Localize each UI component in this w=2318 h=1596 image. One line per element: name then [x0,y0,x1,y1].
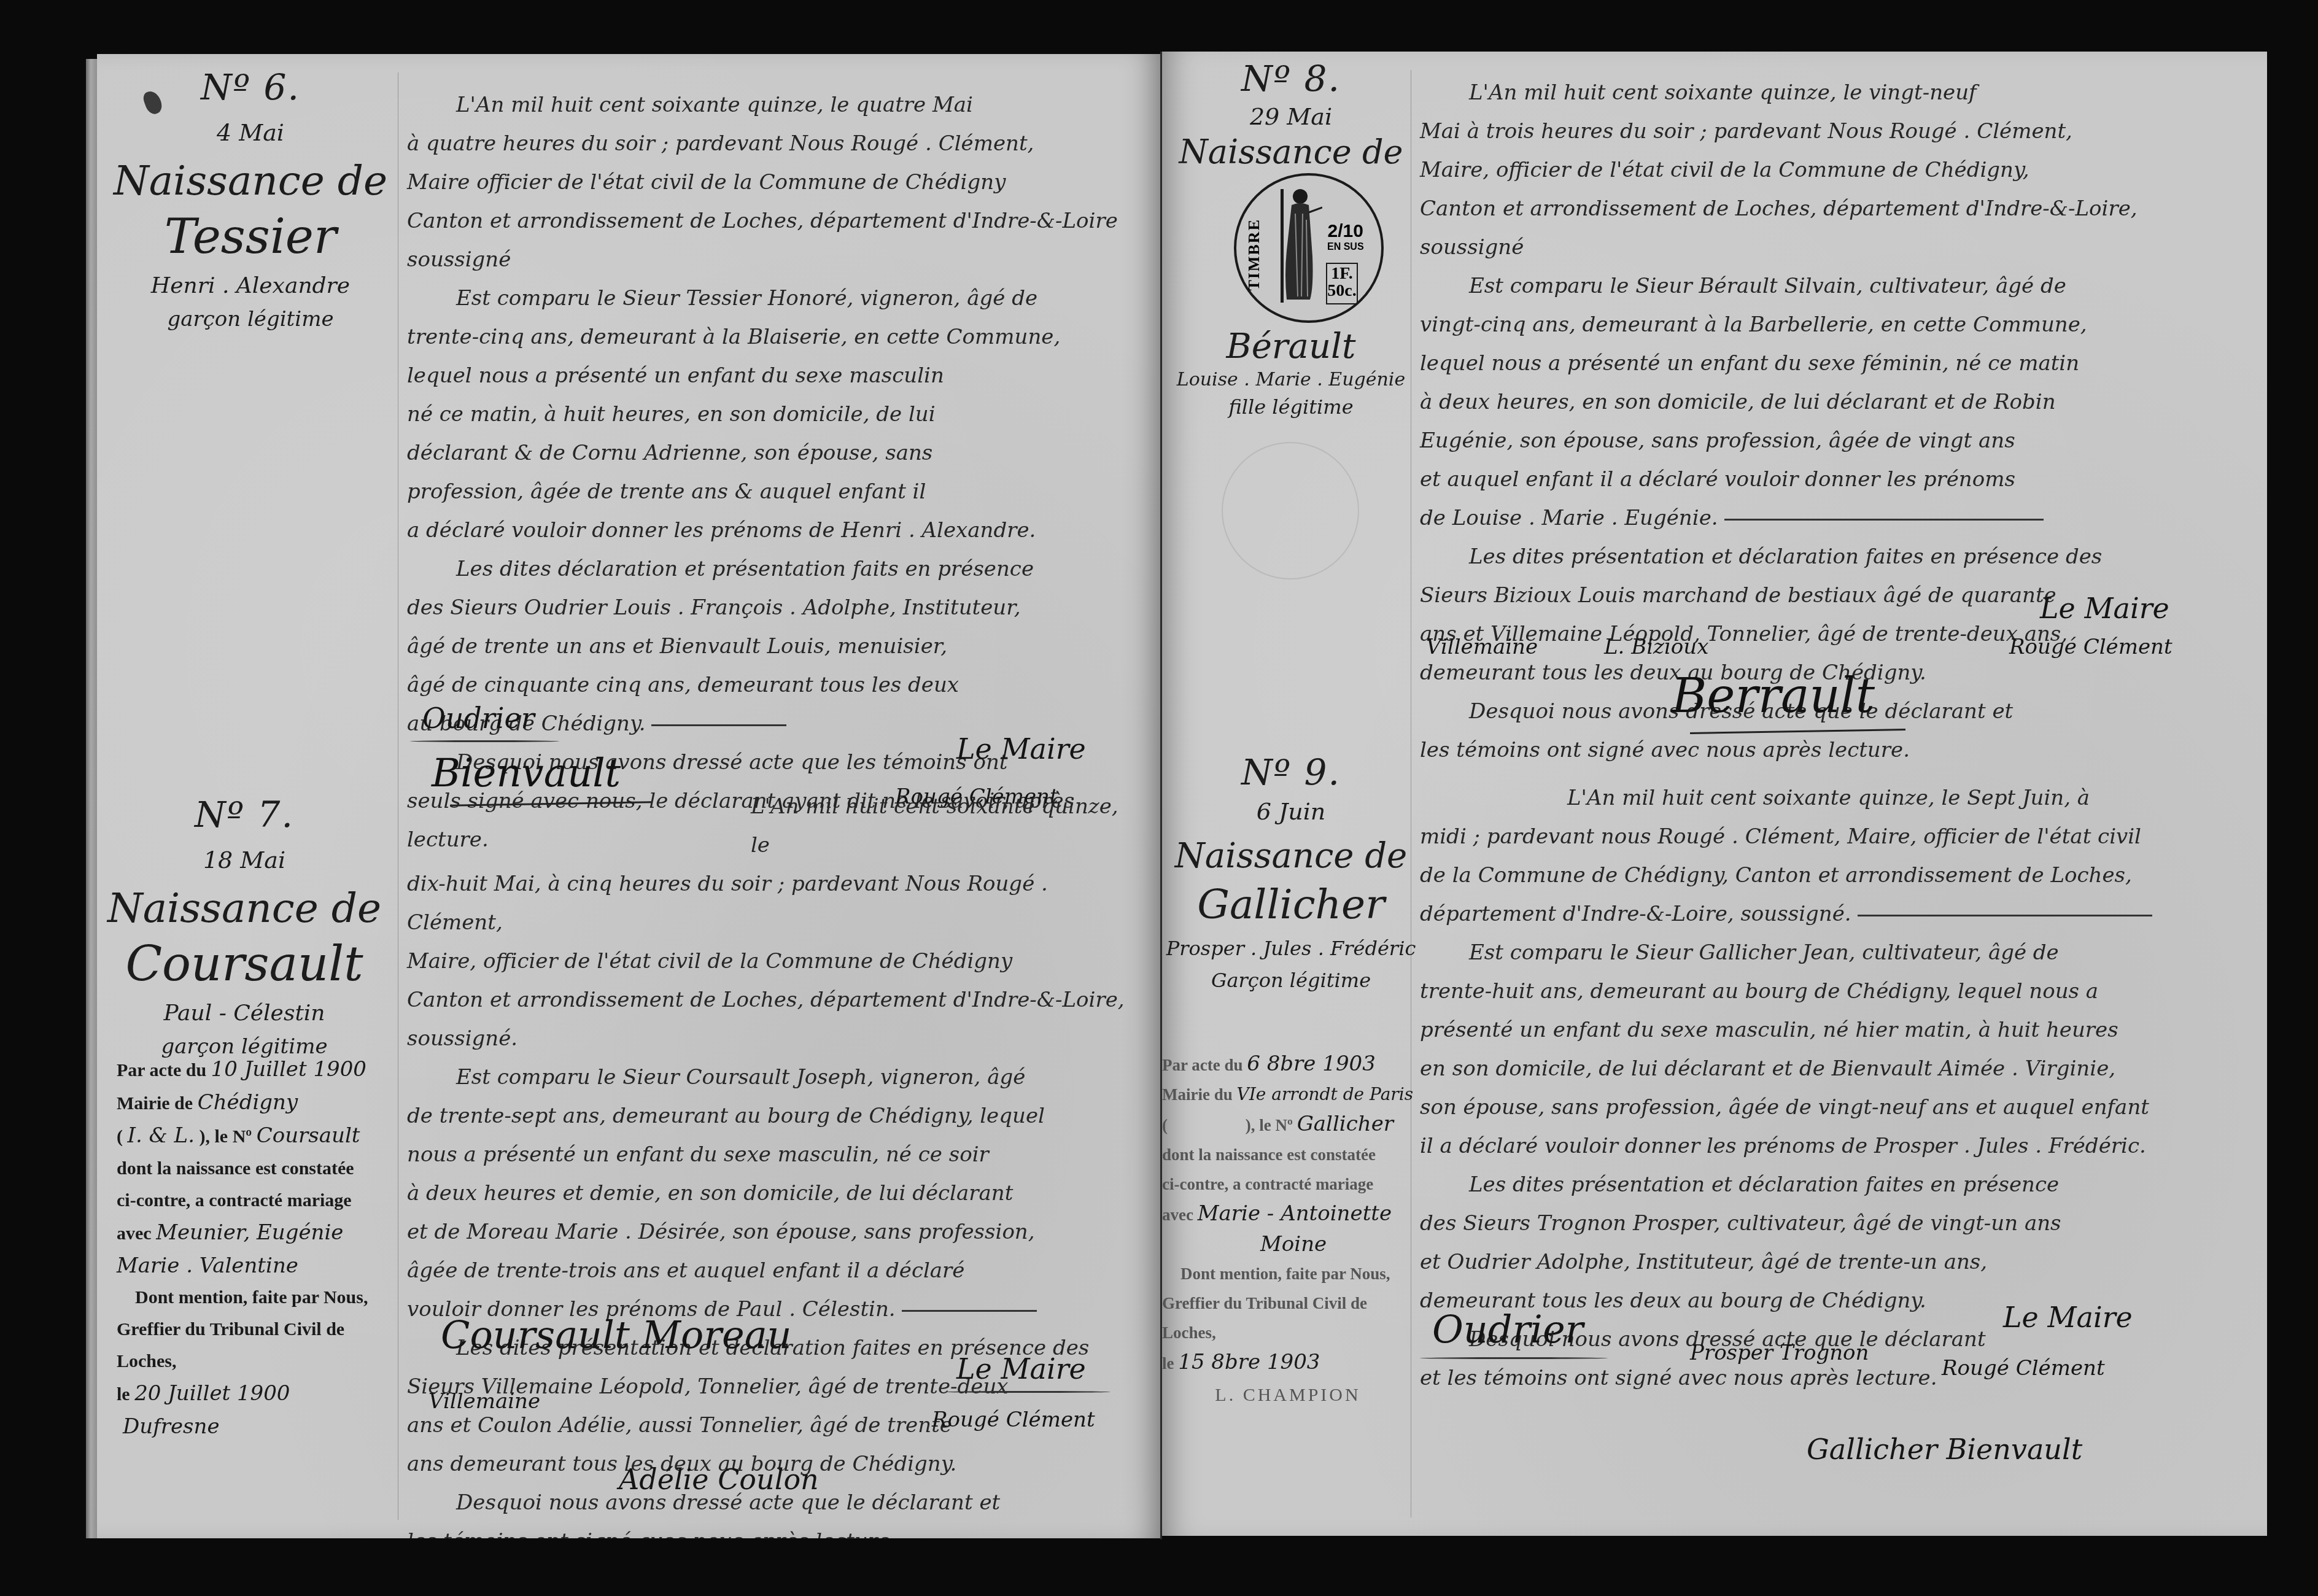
act-line: à quatre heures du soir ; pardevant Nous… [407,125,1144,163]
act-line: présenté un enfant du sexe masculin, né … [1420,1011,2242,1050]
act-line: et de Moreau Marie . Désirée, son épouse… [407,1213,1144,1252]
mention-line: dont la naissance est constatée [117,1153,387,1185]
act-line: Est comparu le Sieur Coursault Joseph, v… [407,1058,1144,1097]
act-line: âgé de cinquante cinq ans, demeurant tou… [407,666,1144,705]
entry-surname: Bérault [1162,327,1420,366]
mention-commune: Chédigny [198,1090,298,1115]
act-line: né ce matin, à huit heures, en son domic… [407,395,1144,434]
act-line: a déclaré vouloir donner les prénoms de … [407,511,1144,550]
mention-label: Par acte du [1162,1056,1242,1074]
left-page: Nº 6. 4 Mai Naissance de Tessier Henri .… [97,54,1162,1538]
entry-status: Garçon légitime [1162,969,1420,992]
mention-bracket: ( [117,1126,123,1147]
mention-bracket: ( [1162,1116,1168,1134]
mention-department: I. & L. [128,1123,195,1148]
mayor-title: Le Maire [2003,1301,2133,1334]
mention-label: avec [117,1223,152,1244]
stamp-surcharge: 2/10 EN SUS [1327,223,1364,255]
greffier-stamp: L. CHAMPION [1162,1381,1414,1410]
mention-line: Greffier du Tribunal Civil de Loches, [1162,1288,1414,1347]
mention-date: 6 8bre 1903 [1247,1052,1376,1076]
margin-rule [398,72,398,1520]
mention-label: ), le Nº [200,1126,252,1147]
stamp-value: 1F. 50c. [1326,263,1358,304]
act-line: département d'Indre-&-Loire, soussigné. [1420,902,1851,926]
signature-witness: Villemaine [1426,635,1538,659]
justice-figure-icon [1273,183,1322,306]
act-line: Est comparu le Sieur Tessier Honoré, vig… [407,279,1144,318]
mention-line: Dont mention, faite par Nous, [117,1282,387,1314]
entry-number: Nº 7. [103,794,386,835]
entry-header-6: Nº 6. 4 Mai Naissance de Tessier Henri .… [109,66,392,331]
entry-given-names: Paul - Célestin [103,1001,386,1026]
entry-date: 18 Mai [103,846,386,874]
act-line: Canton et arrondissement de Loches, dépa… [407,981,1144,1058]
act-line: lequel nous a présenté un enfant du sexe… [1420,344,2242,383]
stamp-surcharge-label: EN SUS [1327,239,1364,255]
line-filler-rule [1724,519,2044,521]
entry-date: 4 Mai [109,119,392,146]
entry-surname: Tessier [109,209,392,265]
entry-status: garçon légitime [109,307,392,331]
act-line: son épouse, sans profession, âgée de vin… [1420,1088,2242,1127]
signature-mayor: Rougé Clément [2009,635,2173,659]
mention-line: ci-contre, a contracté mariage [117,1185,387,1217]
mayor-title: Le Maire [956,1352,1086,1385]
mention-spouse: Meunier, Eugénie [156,1220,343,1245]
act-line: trente-cinq ans, demeurant à la Blaiseri… [407,318,1144,357]
entry-status: fille légitime [1162,395,1420,419]
entry-header-9: Nº 9. 6 Juin Naissance de Gallicher Pros… [1162,751,1420,992]
mention-label: Par acte du [117,1060,206,1080]
mention-spouse-cont: Marie . Valentine [117,1250,387,1282]
page-stack-edge [86,59,98,1538]
act-line: les témoins ont signé avec nous après le… [1420,731,2242,770]
act-line: âgée de trente-trois ans et auquel enfan… [407,1252,1144,1290]
signature-witness: L. Bizioux [1604,635,1708,659]
act-line: de la Commune de Chédigny, Canton et arr… [1420,856,2242,895]
act-line: Maire, officier de l'état civil de la Co… [407,942,1144,981]
entry-header-8-names: Bérault Louise . Marie . Eugénie fille l… [1162,322,1420,419]
act-text-8: L'An mil huit cent soixante quinze, le v… [1420,74,2242,770]
mention-label: ), le Nº [1172,1116,1293,1134]
act-line: L'An mil huit cent soixante quinze, le S… [1420,779,2242,818]
entry-surname: Coursault [103,937,386,992]
mayor-title: Le Maire [956,732,1086,765]
signature-witness: Oudrier [1432,1307,1583,1352]
mention-label: avec [1162,1206,1193,1224]
stamp-value-francs: 1F. [1327,265,1357,282]
entry-date: 29 Mai [1168,103,1414,130]
mention-date: 20 Juillet 1900 [134,1381,290,1406]
stamp-word: TIMBRE [1245,219,1263,290]
entry-date: 6 Juin [1162,798,1420,825]
act-line: des Sieurs Trognon Prosper, cultivateur,… [1420,1204,2242,1243]
entry-number: Nº 9. [1162,751,1420,793]
act-line: les témoins ont signé avec nous après le… [407,1522,1144,1538]
entry-type: Naissance de [103,885,386,932]
act-line: Maire, officier de l'état civil de la Co… [1420,151,2242,190]
mention-name: Coursault [257,1123,360,1148]
entry-type: Naissance de [1162,836,1420,876]
mention-label: Mairie de [117,1093,193,1114]
mention-spouse: Marie - Antoinette [1198,1201,1392,1226]
line-filler-rule [1858,915,2152,916]
act-line: L'An mil huit cent soixante quinze, le [407,788,1144,865]
line-filler-rule [902,1310,1037,1312]
mention-line: ci-contre, a contracté mariage [1162,1169,1414,1199]
entry-header-8: Nº 8. 29 Mai Naissance de [1168,58,1414,171]
act-line: et auquel enfant il a déclaré vouloir do… [1420,460,2242,499]
mention-date: 15 8bre 1903 [1178,1350,1320,1374]
mention-date: 10 Juillet 1900 [211,1057,366,1082]
act-line: L'An mil huit cent soixante quinze, le v… [1420,74,2242,112]
act-line: de Louise . Marie . Eugénie. [1420,506,1718,530]
entry-type: Naissance de [1168,133,1414,171]
entry-type: Naissance de [109,157,392,204]
act-line: Canton et arrondissement de Loches, dépa… [1420,190,2242,267]
act-line: Est comparu le Sieur Bérault Silvain, cu… [1420,267,2242,306]
act-line: midi ; pardevant nous Rougé . Clément, M… [1420,818,2242,856]
entry-given-names: Henri . Alexandre [109,273,392,298]
act-line: à deux heures et demie, en son domicile,… [407,1174,1144,1213]
marriage-mention-9: Par acte du 6 8bre 1903 Mairie du VIe ar… [1162,1049,1414,1410]
act-line: Canton et arrondissement de Loches, dépa… [407,202,1144,279]
open-register-book: Nº 6. 4 Mai Naissance de Tessier Henri .… [0,0,2318,1596]
line-filler-rule [651,724,786,726]
mayor-title: Le Maire [2040,592,2169,625]
stamp-value-centimes: 50c. [1327,282,1357,300]
signature-witness: Oudrier [422,702,535,735]
act-line: Les dites déclaration et présentation fa… [407,550,1144,589]
act-line: et Oudrier Adolphe, Instituteur, âgé de … [1420,1243,2242,1282]
mention-label: le [117,1384,130,1404]
marriage-mention-7: Par acte du 10 Juillet 1900 Mairie de Ch… [117,1053,387,1443]
act-line: Maire officier de l'état civil de la Com… [407,163,1144,202]
entry-number: Nº 8. [1168,58,1414,99]
mention-line: Dont mention, faite par Nous, [1162,1259,1414,1288]
embossed-seal [1222,442,1359,579]
entry-header-7: Nº 7. 18 Mai Naissance de Coursault Paul… [103,794,386,1059]
signature-mayor: Rougé Clément [1942,1356,2105,1381]
act-line: de trente-sept ans, demeurant au bourg d… [407,1097,1144,1136]
act-line: dix-huit Mai, à cinq heures du soir ; pa… [407,865,1144,942]
act-line: nous a présenté un enfant du sexe mascul… [407,1136,1144,1174]
act-line: L'An mil huit cent soixante quinze, le q… [407,86,1144,125]
mention-label: le [1162,1354,1174,1373]
act-line: déclarant & de Cornu Adrienne, son épous… [407,434,1144,473]
act-line: Eugénie, son épouse, sans profession, âg… [1420,422,2242,460]
act-line: Est comparu le Sieur Gallicher Jean, cul… [1420,934,2242,972]
act-line: à deux heures, en son domicile, de lui d… [1420,383,2242,422]
act-line: trente-huit ans, demeurant au bourg de C… [1420,972,2242,1011]
signature-declarant: Coursault Moreau [441,1312,792,1357]
mention-line: dont la naissance est constatée [1162,1140,1414,1169]
entry-given-names: Louise . Marie . Eugénie [1162,369,1420,390]
signature-declarant: Gallicher Bienvault [1807,1433,2082,1466]
signature-declarant: Berrault [1672,668,1875,724]
act-line: Les dites présentation et déclaration fa… [1420,1166,2242,1204]
act-line: des Sieurs Oudrier Louis . François . Ad… [407,589,1144,627]
stamp-surcharge-value: 2/10 [1328,221,1363,241]
signature-witness: Villemaine [428,1389,540,1414]
mention-commune: VIe arrondt de Paris [1237,1084,1414,1104]
act-line: profession, âgée de trente ans & auquel … [407,473,1144,511]
entry-number: Nº 6. [109,66,392,108]
act-line: lequel nous a présenté un enfant du sexe… [407,357,1144,395]
act-line: vingt-cinq ans, demeurant à la Barbeller… [1420,306,2242,344]
signature-witness: Prosper Trognon [1690,1341,1869,1365]
mention-line: Greffier du Tribunal Civil de Loches, [117,1314,387,1377]
act-line: Les dites présentation et déclaration fa… [1420,538,2242,576]
mention-name: Gallicher [1297,1112,1394,1136]
mention-label: Mairie du [1162,1085,1233,1104]
act-line: en son domicile, de lui déclarant et de … [1420,1050,2242,1088]
signature-witness: Adélie Coulon [619,1463,819,1496]
fiscal-stamp: TIMBRE 2/10 EN SUS 1F. 50c. [1234,173,1384,323]
act-line: il a déclaré vouloir donner les prénoms … [1420,1127,2242,1166]
act-line: âgé de trente un ans et Bienvault Louis,… [407,627,1144,666]
mention-spouse-cont: Moine [1162,1230,1414,1259]
signature-greffier: Dufresne [117,1411,387,1443]
signature-mayor: Rougé Clément [932,1408,1095,1432]
entry-given-names: Prosper . Jules . Frédéric [1162,937,1420,960]
entry-surname: Gallicher [1162,881,1420,928]
act-line: Mai à trois heures du soir ; pardevant N… [1420,112,2242,151]
